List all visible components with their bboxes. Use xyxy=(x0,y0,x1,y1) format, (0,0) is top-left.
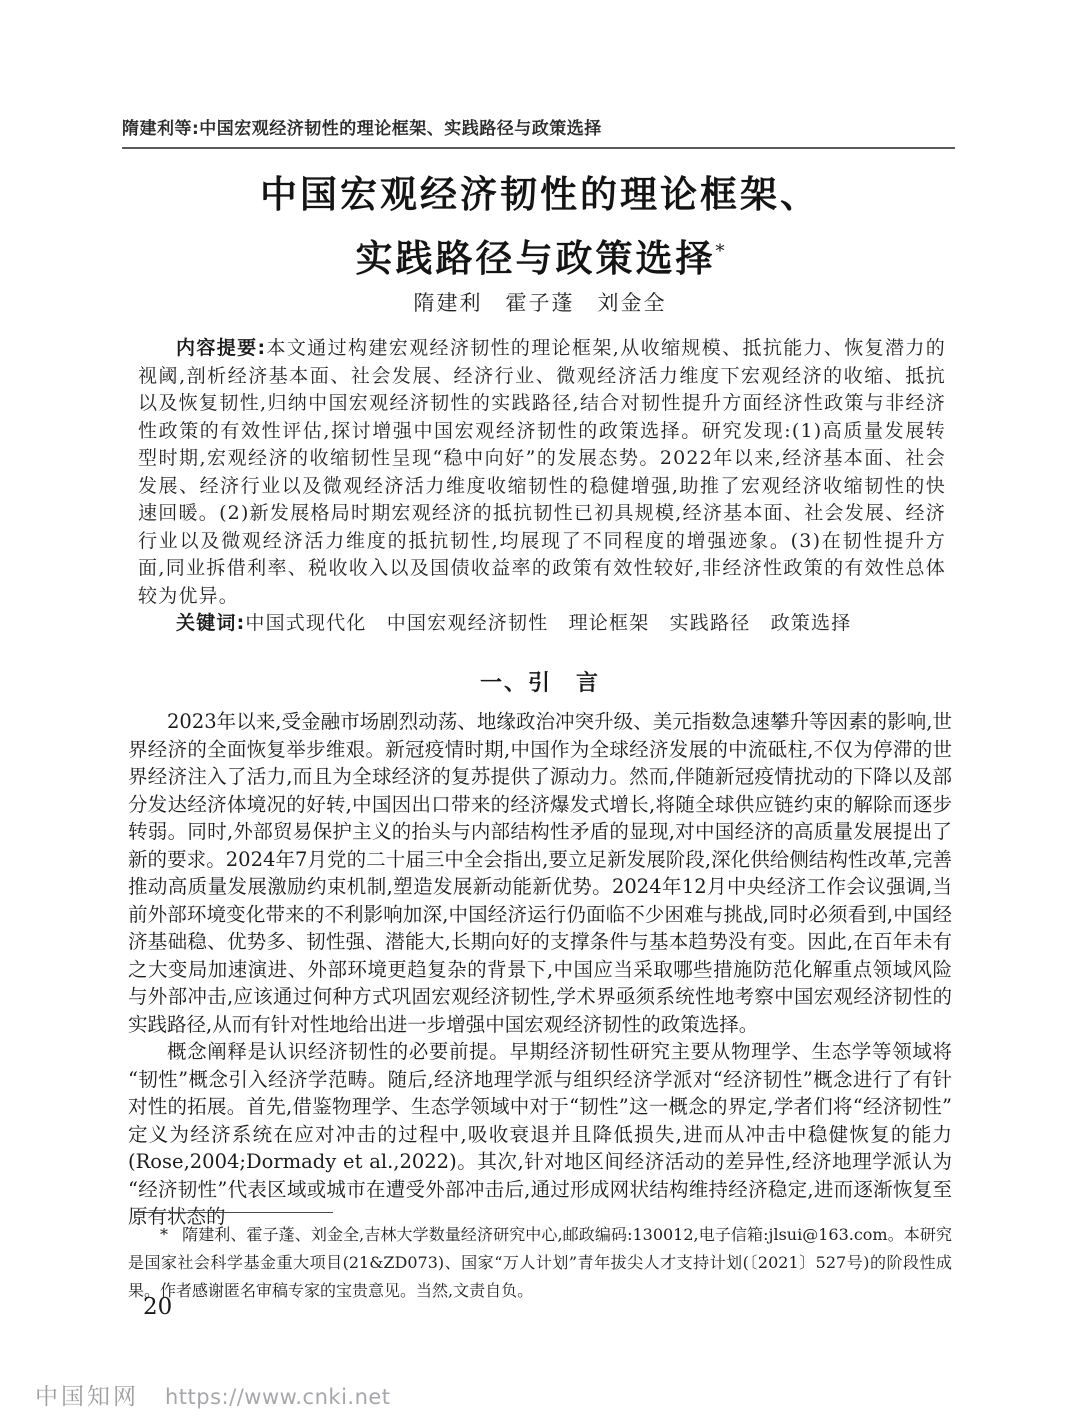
abstract-block: 内容提要:本文通过构建宏观经济韧性的理论框架,从收缩规模、抵抗能力、恢复潜力的视… xyxy=(138,335,946,638)
cnki-watermark: 中国知网https://www.cnki.net xyxy=(35,1378,391,1411)
paper-page: 隋建利等:中国宏观经济韧性的理论框架、实践路径与政策选择 中国宏观经济韧性的理论… xyxy=(0,0,1080,1419)
abstract-paragraph: 内容提要:本文通过构建宏观经济韧性的理论框架,从收缩规模、抵抗能力、恢复潜力的视… xyxy=(138,335,946,610)
footnote-marker: * xyxy=(160,1225,168,1244)
section-heading-introduction: 一、引 言 xyxy=(0,666,1080,697)
cnki-brand-text: 中国知网 xyxy=(35,1384,139,1410)
footnote-divider xyxy=(135,1212,333,1213)
footnote-paragraph: *隋建利、霍子蓬、刘金全,吉林大学数量经济研究中心,邮政编码:130012,电子… xyxy=(128,1221,952,1305)
article-title: 中国宏观经济韧性的理论框架、 实践路径与政策选择* xyxy=(0,166,1080,287)
article-title-line2: 实践路径与政策选择 xyxy=(356,236,716,280)
footnote-block: *隋建利、霍子蓬、刘金全,吉林大学数量经济研究中心,邮政编码:130012,电子… xyxy=(128,1212,952,1305)
body-paragraph-1: 2023年以来,受金融市场剧烈动荡、地缘政治冲突升级、美元指数急速攀升等因素的影… xyxy=(128,708,952,1038)
keywords-label: 关键词: xyxy=(176,612,245,634)
page-number: 20 xyxy=(143,1294,172,1320)
keywords-text: 中国式现代化 中国宏观经济韧性 理论框架 实践路径 政策选择 xyxy=(245,612,851,634)
title-footnote-marker: * xyxy=(716,241,725,262)
body-paragraph-2: 概念阐释是认识经济韧性的必要前提。早期经济韧性研究主要从物理学、生态学等领域将“… xyxy=(128,1038,952,1231)
body-text: 2023年以来,受金融市场剧烈动荡、地缘政治冲突升级、美元指数急速攀升等因素的影… xyxy=(128,708,952,1231)
footnote-text: 隋建利、霍子蓬、刘金全,吉林大学数量经济研究中心,邮政编码:130012,电子信… xyxy=(128,1225,952,1300)
cnki-url-text: https://www.cnki.net xyxy=(165,1385,391,1409)
article-title-line1: 中国宏观经济韧性的理论框架、 xyxy=(260,172,820,216)
abstract-text: 本文通过构建宏观经济韧性的理论框架,从收缩规模、抵抗能力、恢复潜力的视阈,剖析经… xyxy=(138,337,946,607)
keywords-line: 关键词:中国式现代化 中国宏观经济韧性 理论框架 实践路径 政策选择 xyxy=(138,610,946,638)
author-names: 隋建利 霍子蓬 刘金全 xyxy=(0,287,1080,317)
running-header: 隋建利等:中国宏观经济韧性的理论框架、实践路径与政策选择 xyxy=(122,114,955,149)
abstract-label: 内容提要: xyxy=(176,337,266,359)
